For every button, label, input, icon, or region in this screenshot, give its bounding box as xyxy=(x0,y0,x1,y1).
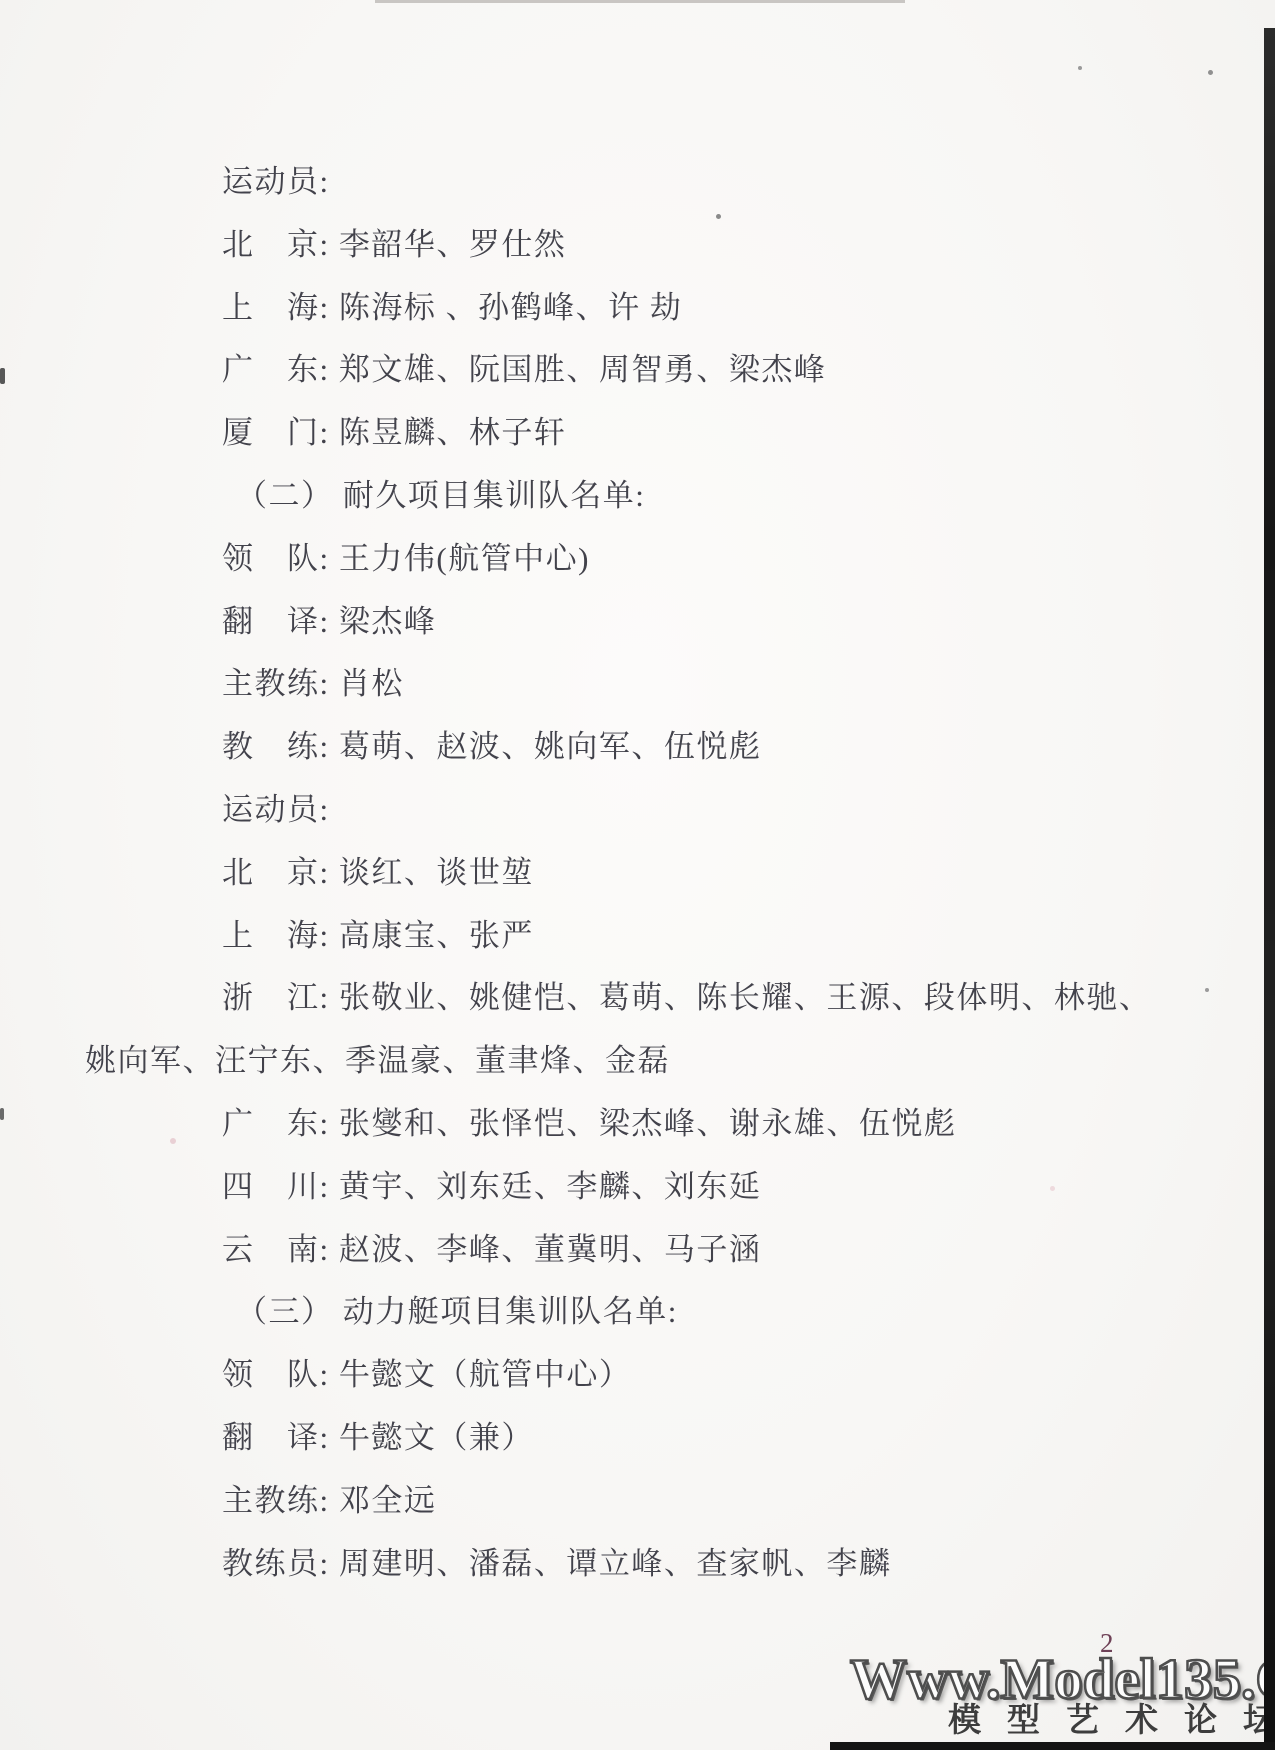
document-line: 运动员: xyxy=(0,151,1255,214)
document-line: 教练员: 周建明、潘磊、谭立峰、查家帆、李麟 xyxy=(0,1533,1255,1596)
document-line: 浙 江: 张敬业、姚健恺、葛萌、陈长耀、王源、段体明、林驰、 xyxy=(0,967,1255,1030)
document-line: 姚向军、汪宁东、季温豪、董聿烽、金磊 xyxy=(0,1030,1255,1093)
document-line: 上 海: 高康宝、张严 xyxy=(0,905,1255,968)
scan-artifact-top-line xyxy=(375,0,905,3)
scan-speck xyxy=(1050,1186,1055,1191)
scan-speck xyxy=(1078,66,1082,70)
document-line: 主教练: 邓全远 xyxy=(0,1470,1255,1533)
page-number: 2 xyxy=(1100,1628,1114,1659)
document-line: 北 京: 李韶华、罗仕然 xyxy=(0,214,1255,277)
document-line: 广 东: 郑文雄、阮国胜、周智勇、梁杰峰 xyxy=(0,339,1255,402)
document-line: 四 川: 黄宇、刘东廷、李麟、刘东延 xyxy=(0,1156,1255,1219)
document-line: 云 南: 赵波、李峰、董冀明、马子涵 xyxy=(0,1219,1255,1282)
scan-artifact-right-edge xyxy=(1264,28,1275,1742)
document-body: 运动员:北 京: 李韶华、罗仕然上 海: 陈海标 、孙鹤峰、许 劫广 东: 郑文… xyxy=(0,151,1255,1595)
watermark-forum-name: 模型艺术论坛 xyxy=(948,1700,1275,1740)
document-line: 教 练: 葛萌、赵波、姚向军、伍悦彪 xyxy=(0,716,1255,779)
document-line: 上 海: 陈海标 、孙鹤峰、许 劫 xyxy=(0,277,1255,340)
document-line: （三） 动力艇项目集训队名单: xyxy=(0,1281,1255,1344)
scan-speck xyxy=(716,214,721,219)
document-line: 翻 译: 梁杰峰 xyxy=(0,591,1255,654)
document-line: （二） 耐久项目集训队名单: xyxy=(0,465,1255,528)
scan-speck xyxy=(1208,70,1213,75)
scan-speck xyxy=(1205,988,1209,992)
document-line: 厦 门: 陈昱麟、林子轩 xyxy=(0,402,1255,465)
document-line: 北 京: 谈红、谈世堃 xyxy=(0,842,1255,905)
document-line: 领 队: 牛懿文（航管中心） xyxy=(0,1344,1255,1407)
document-line: 翻 译: 牛懿文（兼） xyxy=(0,1407,1255,1470)
scan-speck xyxy=(170,1138,176,1144)
scan-speck xyxy=(0,1108,4,1120)
document-line: 运动员: xyxy=(0,779,1255,842)
scan-artifact-bottom-edge xyxy=(830,1742,1275,1750)
document-line: 领 队: 王力伟(航管中心) xyxy=(0,528,1255,591)
scan-speck xyxy=(0,368,5,384)
document-line: 广 东: 张燮和、张怿恺、梁杰峰、谢永雄、伍悦彪 xyxy=(0,1093,1255,1156)
document-line: 主教练: 肖松 xyxy=(0,653,1255,716)
scanned-document-page: 运动员:北 京: 李韶华、罗仕然上 海: 陈海标 、孙鹤峰、许 劫广 东: 郑文… xyxy=(0,0,1275,1750)
watermark-site-url: Www.Model135.Com xyxy=(850,1650,1275,1710)
